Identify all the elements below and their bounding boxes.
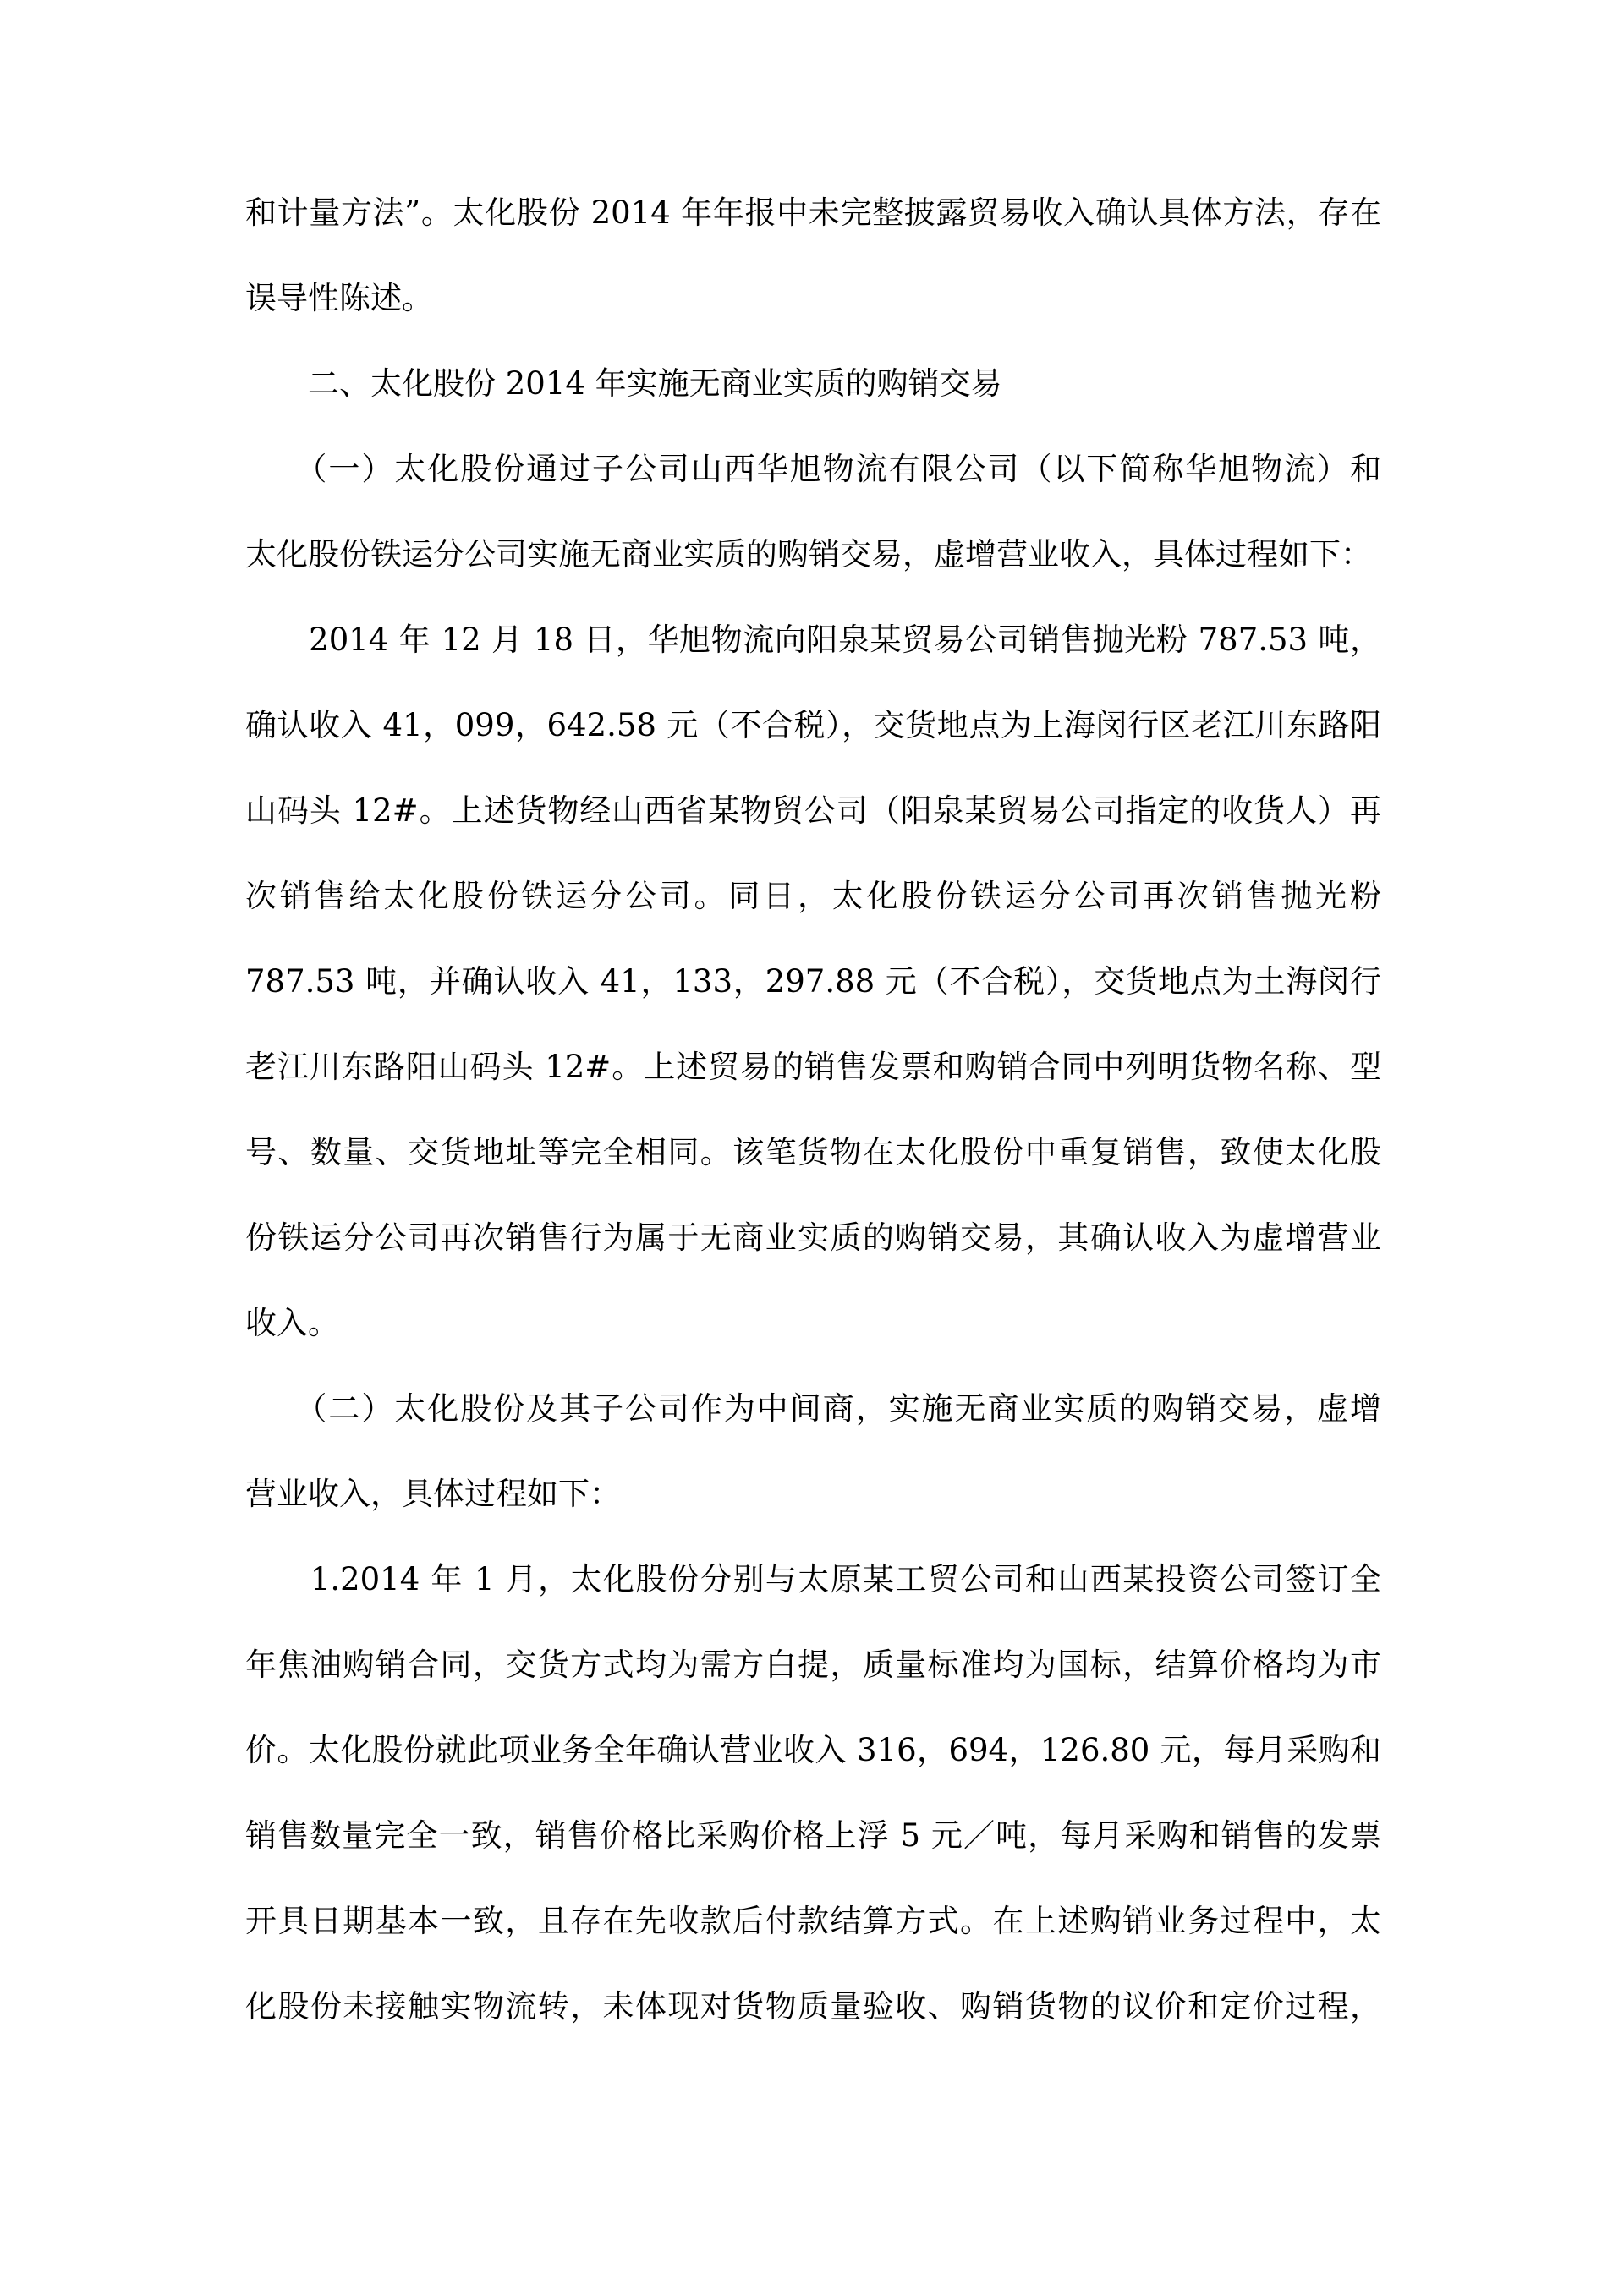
document-line: 老江川东路阳山码头 12#。上述贸易的销售发票和购销合同中列明货物名称、型 — [245, 1024, 1381, 1110]
document-line: 山码头 12#。上述货物经山西省某物贸公司（阳泉某贸易公司指定的收货人）再 — [245, 768, 1381, 853]
document-line: 份铁运分公司再次销售行为属于无商业实质的购销交易，其确认收入为虚增营业 — [245, 1195, 1381, 1280]
document-line: 化股份未接触实物流转，未体现对货物质量验收、购销货物的议价和定价过程， — [245, 1964, 1381, 2049]
document-line: 销售数量完全一致，销售价格比采购价格上浮 5 元／吨，每月采购和销售的发票 — [245, 1793, 1381, 1878]
document-line: 营业收入，具体过程如下： — [245, 1451, 1381, 1537]
document-line: 误导性陈述。 — [245, 255, 1381, 341]
document-line: 太化股份铁运分公司实施无商业实质的购销交易，虚增营业收入，具体过程如下： — [245, 512, 1381, 597]
document-line: 2014 年 12 月 18 日，华旭物流向阳泉某贸易公司销售抛光粉 787.5… — [245, 597, 1381, 682]
document-line: 价。太化股份就此项业务全年确认营业收入 316，694，126.80 元，每月采… — [245, 1707, 1381, 1793]
document-line: （二）太化股份及其子公司作为中间商，实施无商业实质的购销交易，虚增 — [245, 1366, 1381, 1451]
document-line-heading: 二、太化股份 2014 年实施无商业实质的购销交易 — [245, 341, 1381, 426]
document-line: 确认收入 41，099，642.58 元（不合税），交货地点为上海闵行区老江川东… — [245, 682, 1381, 768]
document-line: 1.2014 年 1 月，太化股份分别与太原某工贸公司和山西某投资公司签订全 — [245, 1537, 1381, 1622]
document-line: 和计量方法”。太化股份 2014 年年报中未完整披露贸易收入确认具体方法，存在 — [245, 170, 1381, 255]
document-line: 787.53 吨，并确认收入 41，133，297.88 元（不合税），交货地点… — [245, 939, 1381, 1024]
document-line: 年焦油购销合同，交货方式均为需方白提，质量标准均为国标，结算价格均为市 — [245, 1622, 1381, 1707]
document-page: 和计量方法”。太化股份 2014 年年报中未完整披露贸易收入确认具体方法，存在 … — [0, 0, 1624, 2296]
document-line: 号、数量、交货地址等完全相同。该笔货物在太化股份中重复销售，致使太化股 — [245, 1110, 1381, 1195]
document-line: 收入。 — [245, 1280, 1381, 1366]
document-line: （一）太化股份通过子公司山西华旭物流有限公司（以下简称华旭物流）和 — [245, 426, 1381, 512]
document-line: 次销售给太化股份铁运分公司。同日，太化股份铁运分公司再次销售抛光粉 — [245, 853, 1381, 939]
document-line: 开具日期基本一致，且存在先收款后付款结算方式。在上述购销业务过程中，太 — [245, 1878, 1381, 1964]
